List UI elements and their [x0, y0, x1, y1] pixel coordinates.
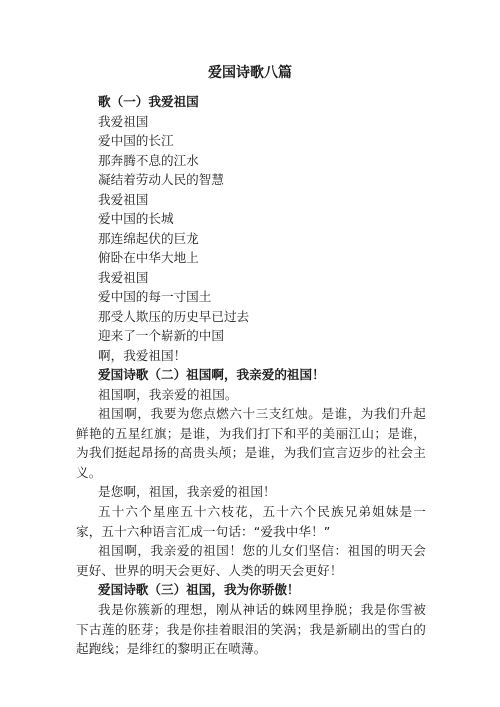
section-1: 歌（一）我爱祖国 我爱祖国 爱中国的长江 那奔腾不息的江水 凝结着劳动人民的智慧…	[76, 92, 426, 365]
section-2: 爱国诗歌（二）祖国啊，我亲爱的祖国！ 祖国啊，我亲爱的祖国。 祖国啊，我要为您点…	[76, 365, 426, 580]
poem-line: 迎来了一个崭新的中国	[76, 326, 426, 346]
document-page: 爱国诗歌八篇 歌（一）我爱祖国 我爱祖国 爱中国的长江 那奔腾不息的江水 凝结着…	[76, 62, 426, 659]
paragraph: 我是你簇新的理想，刚从神话的蛛网里挣脱；我是你雪被下古莲的胚芽；我是你挂着眼泪的…	[76, 600, 426, 659]
paragraph: 是您啊，祖国，我亲爱的祖国！	[76, 482, 426, 502]
poem-line: 爱中国的长城	[76, 209, 426, 229]
poem-line: 那受人欺压的历史早已过去	[76, 307, 426, 327]
paragraph: 五十六个星座五十六枝花，五十六个民族兄弟姐妹是一家，五十六种语言汇成一句话：“爱…	[76, 502, 426, 541]
poem-line: 我爱祖国	[76, 190, 426, 210]
poem-line: 我爱祖国	[76, 112, 426, 132]
poem-line: 那奔腾不息的江水	[76, 151, 426, 171]
paragraph: 祖国啊，我亲爱的祖国。	[76, 385, 426, 405]
poem-line: 俯卧在中华大地上	[76, 248, 426, 268]
section-heading: 歌（一）我爱祖国	[76, 92, 426, 112]
poem-line: 爱中国的每一寸国土	[76, 287, 426, 307]
poem-line: 凝结着劳动人民的智慧	[76, 170, 426, 190]
section-heading: 爱国诗歌（二）祖国啊，我亲爱的祖国！	[76, 365, 426, 385]
poem-line: 啊，我爱祖国！	[76, 346, 426, 366]
document-title: 爱国诗歌八篇	[74, 62, 426, 84]
poem-line: 我爱祖国	[76, 268, 426, 288]
poem-line: 那连绵起伏的巨龙	[76, 229, 426, 249]
paragraph: 祖国啊，我亲爱的祖国！您的儿女们坚信：祖国的明天会更好、世界的明天会更好、人类的…	[76, 541, 426, 580]
section-heading: 爱国诗歌（三）祖国，我为你骄傲！	[76, 580, 426, 600]
section-3: 爱国诗歌（三）祖国，我为你骄傲！ 我是你簇新的理想，刚从神话的蛛网里挣脱；我是你…	[76, 580, 426, 658]
paragraph: 祖国啊，我要为您点燃六十三支红烛。是谁，为我们升起鲜艳的五星红旗；是谁，为我们打…	[76, 404, 426, 482]
poem-line: 爱中国的长江	[76, 131, 426, 151]
